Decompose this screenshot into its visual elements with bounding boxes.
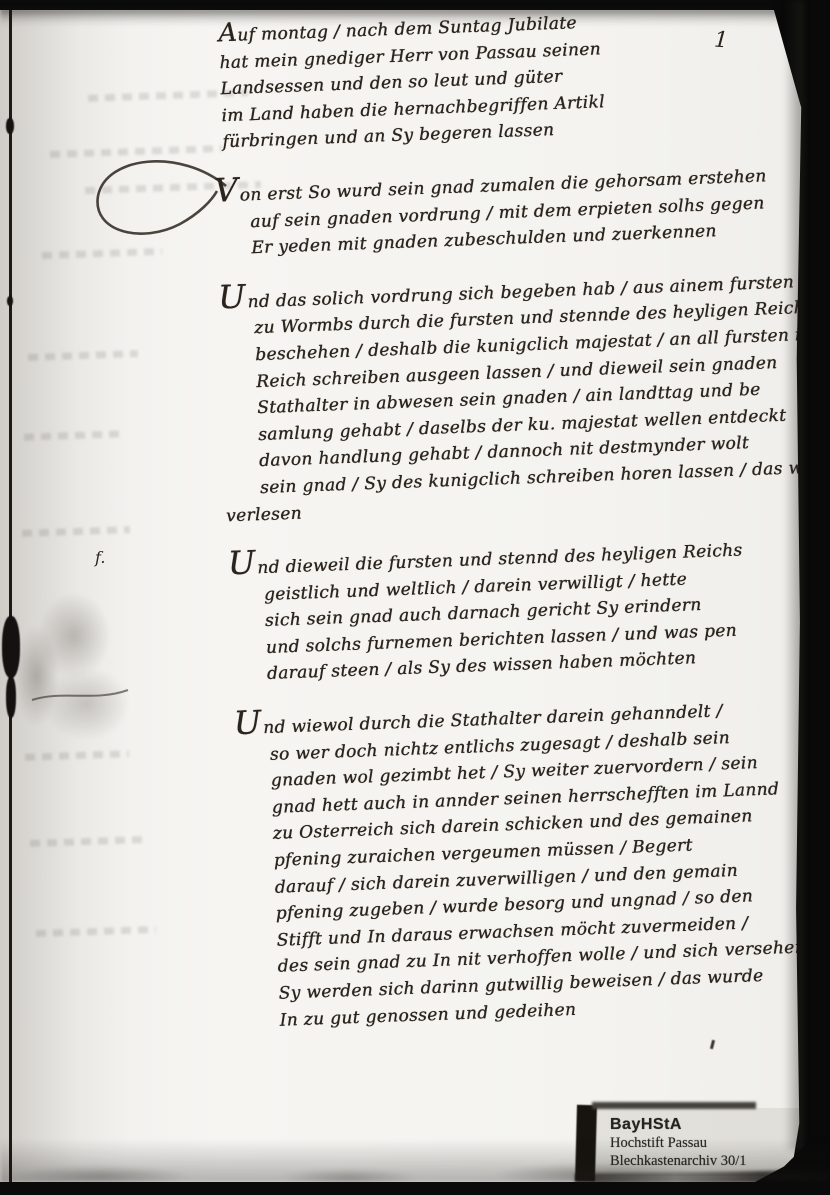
paragraph: Von erst So wurd sein gnad zumalen die g… [124,156,807,267]
manuscript-text: Auf montag / nach dem Suntag Jubilatehat… [118,0,830,1039]
paragraph: Und wiewol durch die Stathalter darein g… [143,689,830,1039]
paragraph: Und das solich vordrung sich begeben hab… [128,263,817,533]
scan-edge-top-fringe [0,8,830,26]
stamp-archive-name: BayHStA [610,1116,802,1134]
folio-number: 1 [713,28,729,54]
binding-edge-line [9,0,12,1195]
scanned-page: Auf montag / nach dem Suntag Jubilatehat… [0,0,830,1195]
binding-knot [6,118,14,134]
marginal-mark: f. [95,548,105,567]
water-stain [14,580,139,780]
binding-knot [7,296,13,306]
scan-edge-bottom-fringe [0,1139,830,1183]
scan-edge-right-fringe [784,0,804,1150]
ink-blob [6,676,16,718]
paragraph: Und dieweil die fursten und stennd des h… [137,529,822,693]
ink-blob [2,616,20,678]
scan-edge-bottom [0,1182,830,1195]
